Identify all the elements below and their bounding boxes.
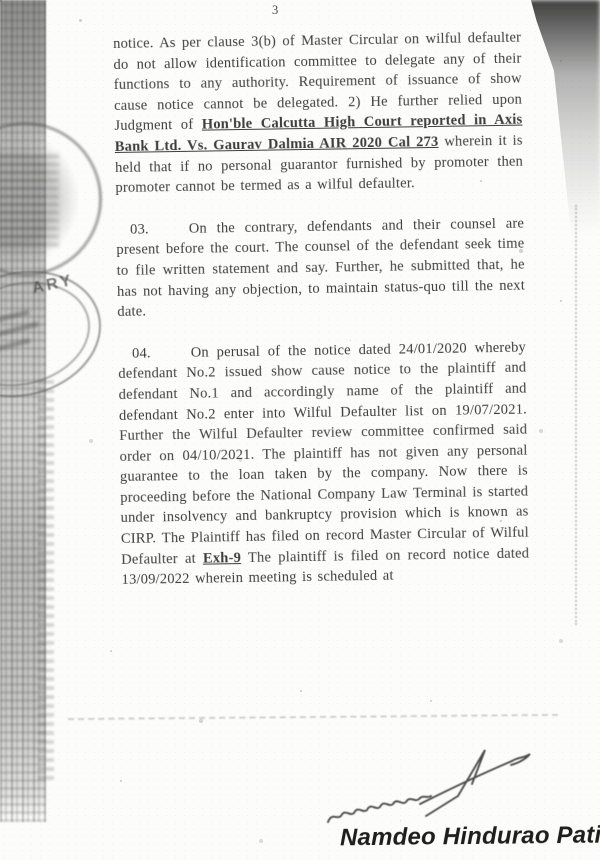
paragraph-number: 03. [130,219,149,240]
paragraph-text: On the contrary, defendants and their co… [116,215,525,320]
paragraph-text: On perusal of the notice dated 24/01/202… [118,339,529,567]
round-stamp-blot [0,152,59,247]
scan-speckles [0,0,1,1]
citation-emphasis: Exh-9 [203,550,241,567]
paragraph-number: 04. [132,343,151,364]
paragraph: 03.On the contrary, defendants and their… [116,213,526,322]
paragraph: notice. As per clause 3(b) of Master Cir… [113,28,524,199]
paper-fold-line [68,714,558,720]
page-edge-line [575,205,577,625]
document-body: notice. As per clause 3(b) of Master Cir… [113,28,530,591]
scan-smudge-left-secondary [38,380,54,780]
paragraph: 04.On perusal of the notice dated 24/01/… [118,337,530,591]
page-number: 3 [272,3,278,18]
round-stamp [0,122,102,276]
signatory-name: Namdeo Hindurao Patil [340,822,600,853]
